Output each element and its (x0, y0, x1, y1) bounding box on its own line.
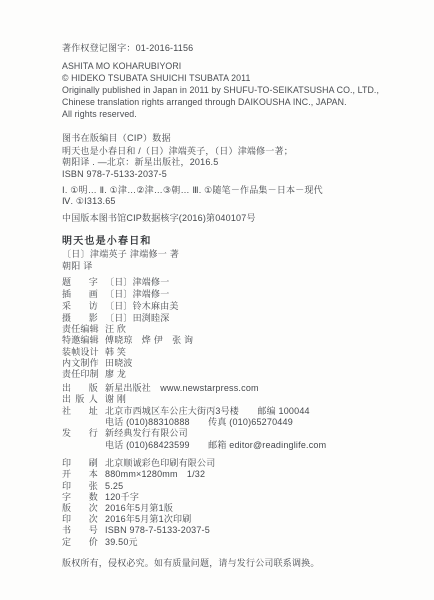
cip-record-block: 明天也是小春日和 /（日）津端英子，（日）津端修一著； 朝阳译 . —北京：新星… (62, 146, 406, 180)
printing-row-edition: 版次2016年5月第1版 (62, 503, 406, 514)
editorial-label: 装帧设计 (62, 347, 98, 358)
colophon-page: 著作权登记图字：01-2016-1156 ASHITA MO KOHARUBIY… (0, 0, 434, 600)
copyright-holder-line: © HIDEKO TSUBATA SHUICHI TSUBATA 2011 (62, 72, 406, 84)
printing-value: 120千字 (105, 492, 139, 502)
editorial-value: 汪 欣 (105, 324, 126, 334)
printing-value: 2016年5月第1次印刷 (105, 514, 191, 524)
printing-group: 印刷北京顺诚彩色印刷有限公司 开本880mm×1280mm 1/32 印张5.2… (62, 458, 406, 548)
editorial-row-guest-editors: 特邀编辑傅晓琼 烨 伊 张 询 (62, 335, 406, 346)
publication-label: 出版 (62, 383, 98, 394)
cip-isbn-line: ISBN 978-7-5133-2037-5 (62, 169, 406, 180)
copyright-notice: 版权所有，侵权必究。如有质量问题，请与发行公司联系调换。 (62, 558, 406, 569)
foreign-rights-block: ASHITA MO KOHARUBIYORI © HIDEKO TSUBATA … (62, 60, 406, 120)
cip-archive-number: 中国版本图书馆CIP数据核字(2016)第040107号 (62, 213, 406, 224)
printing-label: 印刷 (62, 458, 98, 469)
book-authors: 〔日〕津端英子 津端修一 著 (62, 248, 406, 260)
printing-value: 北京顺诚彩色印刷有限公司 (105, 458, 215, 468)
publication-row-phone-fax: 电话 (010)88310888 传真 (010)65270449 (62, 417, 406, 428)
printing-row-isbn: 书号ISBN 978-7-5133-2037-5 (62, 525, 406, 536)
printing-label: 定价 (62, 537, 98, 548)
original-title: ASHITA MO KOHARUBIYORI (62, 60, 406, 72)
contributor-label: 摄影 (62, 312, 98, 324)
printing-row-format: 开本880mm×1280mm 1/32 (62, 469, 406, 480)
printing-label: 印张 (62, 481, 98, 492)
publication-row-publisher: 出版新星出版社 www.newstarpress.com (62, 383, 406, 394)
publication-label: 发行 (62, 428, 98, 439)
printing-row-impression: 印次2016年5月第1次印刷 (62, 514, 406, 525)
editorial-value: 韩 笑 (105, 347, 126, 357)
editorial-label: 责任编辑 (62, 324, 98, 335)
contributor-row-photography: 摄影〔日〕田渕睦深 (62, 312, 406, 324)
contributor-label: 插画 (62, 288, 98, 300)
publication-group: 出版新星出版社 www.newstarpress.com 出版人谢 刚 社址北京… (62, 383, 406, 451)
publication-value: 北京市西城区车公庄大街丙3号楼 邮编 100044 (105, 406, 310, 416)
editorial-label: 责任印制 (62, 369, 98, 380)
cip-heading: 图书在版编目（CIP）数据 (62, 132, 406, 144)
contributor-label: 采访 (62, 300, 98, 312)
printing-row-word-count: 字数120千字 (62, 492, 406, 503)
printing-row-printer: 印刷北京顺诚彩色印刷有限公司 (62, 458, 406, 469)
printing-label: 印次 (62, 514, 98, 525)
editorial-row-responsible-editor: 责任编辑汪 欣 (62, 324, 406, 335)
printing-row-price: 定价39.50元 (62, 537, 406, 548)
printing-row-sheets: 印张5.25 (62, 481, 406, 492)
publication-value: 电话 (010)68423599 邮箱 editor@readinglife.c… (105, 440, 326, 450)
editorial-label: 内文制作 (62, 358, 98, 369)
all-rights-reserved-line: All rights reserved. (62, 108, 406, 120)
printing-label: 字数 (62, 492, 98, 503)
printing-value: 39.50元 (105, 537, 138, 547)
publication-value: 新经典发行有限公司 (105, 428, 188, 438)
contributor-value: 〔日〕津端修一 (105, 289, 169, 299)
printing-value: 2016年5月第1版 (105, 503, 173, 513)
cip-title-line: 明天也是小春日和 /（日）津端英子，（日）津端修一著； (62, 146, 406, 157)
printing-value: ISBN 978-7-5133-2037-5 (105, 525, 210, 535)
cip-class-line-1: Ⅰ. ①明… Ⅱ. ①津…②津…③朝… Ⅲ. ①随笔－作品集－日本－现代 (62, 185, 406, 196)
editorial-group: 责任编辑汪 欣 特邀编辑傅晓琼 烨 伊 张 询 装帧设计韩 笑 内文制作田晓波 … (62, 324, 406, 381)
cip-publisher-line: 朝阳译 . —北京：新星出版社，2016.5 (62, 157, 406, 168)
contributor-value: 〔日〕铃木麻由美 (105, 301, 179, 311)
editorial-label: 特邀编辑 (62, 335, 98, 346)
publication-value: 电话 (010)88310888 传真 (010)65270449 (105, 417, 293, 427)
editorial-row-design: 装帧设计韩 笑 (62, 347, 406, 358)
editorial-value: 田晓波 (105, 358, 133, 368)
publication-label: 出版人 (62, 394, 98, 405)
contributor-label: 题字 (62, 276, 98, 288)
publication-label: 社址 (62, 406, 98, 417)
title-block: 明天也是小春日和 〔日〕津端英子 津端修一 著 朝阳 译 (62, 235, 406, 272)
publication-row-address: 社址北京市西城区车公庄大街丙3号楼 邮编 100044 (62, 406, 406, 417)
translation-rights-line: Chinese translation rights arranged thro… (62, 96, 406, 108)
editorial-value: 傅晓琼 烨 伊 张 询 (105, 335, 193, 345)
cip-class-line-2: Ⅳ. ①I313.65 (62, 196, 406, 207)
publication-row-distributor-contact: 电话 (010)68423599 邮箱 editor@readinglife.c… (62, 440, 406, 451)
editorial-row-print-supervisor: 责任印制廖 龙 (62, 369, 406, 380)
printing-label: 书号 (62, 525, 98, 536)
printing-label: 开本 (62, 469, 98, 480)
editorial-value: 廖 龙 (105, 369, 126, 379)
publication-row-distributor: 发行新经典发行有限公司 (62, 428, 406, 439)
contributor-value: 〔日〕津端修一 (105, 277, 169, 287)
original-publisher-line: Originally published in Japan in 2011 by… (62, 84, 406, 96)
printing-label: 版次 (62, 503, 98, 514)
publication-value: 新星出版社 www.newstarpress.com (105, 383, 259, 393)
book-translator: 朝阳 译 (62, 260, 406, 272)
contributor-row-calligraphy: 题字〔日〕津端修一 (62, 276, 406, 288)
copyright-registration-number: 著作权登记图字：01-2016-1156 (62, 42, 406, 54)
publication-row-publisher-person: 出版人谢 刚 (62, 394, 406, 405)
contributor-row-interview: 采访〔日〕铃木麻由美 (62, 300, 406, 312)
printing-value: 5.25 (105, 481, 123, 491)
book-title: 明天也是小春日和 (62, 235, 406, 248)
publication-value: 谢 刚 (105, 394, 126, 404)
printing-value: 880mm×1280mm 1/32 (105, 469, 205, 479)
editorial-row-layout: 内文制作田晓波 (62, 358, 406, 369)
cip-classification-block: Ⅰ. ①明… Ⅱ. ①津…②津…③朝… Ⅲ. ①随笔－作品集－日本－现代 Ⅳ. … (62, 185, 406, 208)
contributor-value: 〔日〕田渕睦深 (105, 313, 169, 323)
contributors-group: 题字〔日〕津端修一 插画〔日〕津端修一 采访〔日〕铃木麻由美 摄影〔日〕田渕睦深 (62, 276, 406, 324)
contributor-row-illustration: 插画〔日〕津端修一 (62, 288, 406, 300)
